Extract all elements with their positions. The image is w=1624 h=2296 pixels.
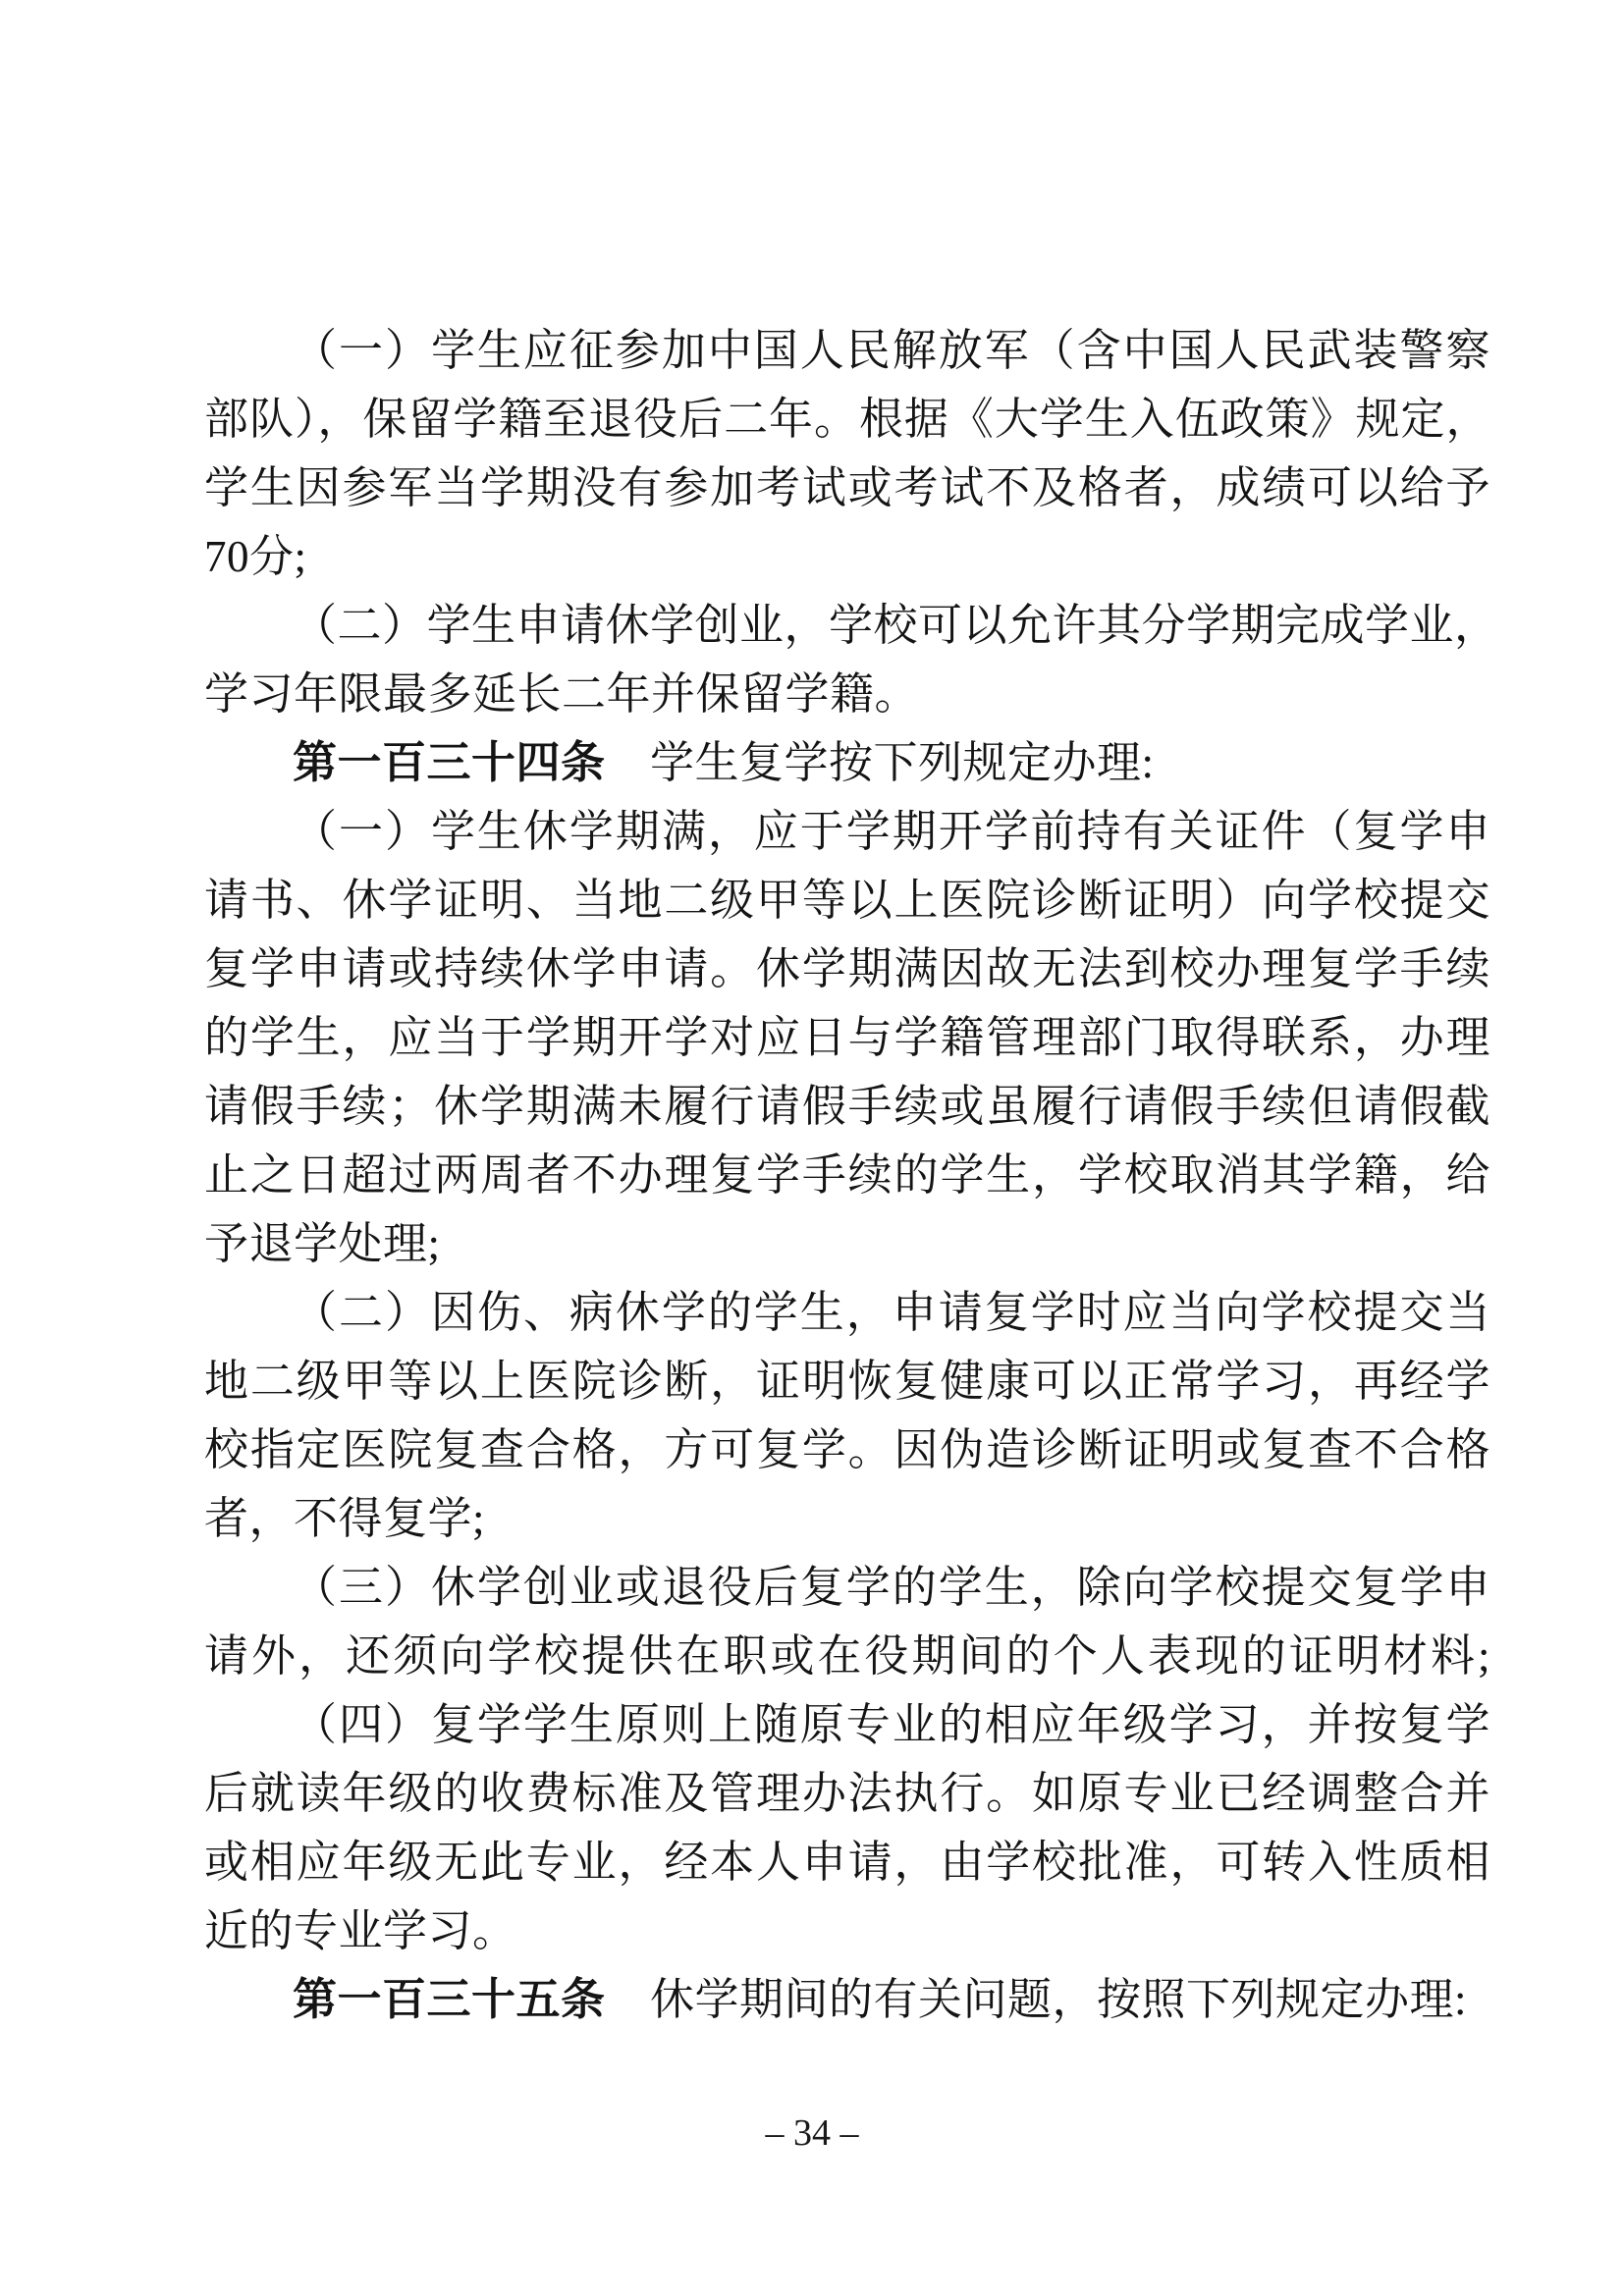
- text-segment: 学习年限最多延长二年并保留学籍。: [204, 669, 919, 719]
- text-segment: 近的专业学习。: [204, 1906, 517, 1955]
- text-segment: 止之日超过两周者不办理复学手续的学生，学校取消其学籍，给: [204, 1150, 1490, 1200]
- text-segment: （四）复学学生原则上随原专业的相应年级学习，并按复学: [293, 1700, 1490, 1749]
- text-segment: 学生复学按下列规定办理:: [606, 738, 1155, 787]
- text-segment: 地二级甲等以上医院诊断，证明恢复健康可以正常学习，再经学: [204, 1357, 1490, 1406]
- page-footer: – 34 –: [0, 2110, 1624, 2156]
- text-line: （一）学生应征参加中国人民解放军（含中国人民武装警察: [204, 316, 1490, 385]
- page-number: – 34 –: [766, 2112, 859, 2154]
- text-segment: 70分;: [204, 532, 307, 581]
- text-line: 近的专业学习。: [204, 1896, 1490, 1965]
- text-line: 的学生，应当于学期开学对应日与学籍管理部门取得联系，办理: [204, 1003, 1490, 1072]
- text-line: 第一百三十五条 休学期间的有关问题，按照下列规定办理:: [204, 1965, 1490, 2034]
- text-segment: （二）学生申请休学创业，学校可以允许其分学期完成学业，: [293, 601, 1499, 650]
- text-segment: 的学生，应当于学期开学对应日与学籍管理部门取得联系，办理: [204, 1013, 1490, 1062]
- text-line: （一）学生休学期满，应于学期开学前持有关证件（复学申: [204, 797, 1490, 866]
- text-line: 第一百三十四条 学生复学按下列规定办理:: [204, 728, 1490, 797]
- text-line: （三）休学创业或退役后复学的学生，除向学校提交复学申: [204, 1553, 1490, 1622]
- text-line: （二）学生申请休学创业，学校可以允许其分学期完成学业，: [204, 591, 1490, 660]
- article-number: 第一百三十五条: [293, 1975, 606, 2024]
- text-segment: 休学期间的有关问题，按照下列规定办理:: [606, 1975, 1468, 2024]
- text-segment: 请书、休学证明、当地二级甲等以上医院诊断证明）向学校提交: [204, 876, 1490, 925]
- text-segment: 请假手续；休学期满未履行请假手续或虽履行请假手续但请假截: [204, 1082, 1490, 1131]
- article-number: 第一百三十四条: [293, 738, 606, 787]
- text-line: 请外，还须向学校提供在职或在役期间的个人表现的证明材料;: [204, 1622, 1490, 1690]
- text-segment: 予退学处理;: [204, 1219, 441, 1268]
- text-line: 止之日超过两周者不办理复学手续的学生，学校取消其学籍，给: [204, 1141, 1490, 1209]
- text-line: （二）因伤、病休学的学生，申请复学时应当向学校提交当: [204, 1278, 1490, 1347]
- text-segment: 复学申请或持续休学申请。休学期满因故无法到校办理复学手续: [204, 944, 1490, 993]
- text-segment: （一）学生应征参加中国人民解放军（含中国人民武装警察: [293, 326, 1490, 375]
- text-line: 70分;: [204, 522, 1490, 591]
- text-segment: 学生因参军当学期没有参加考试或考试不及格者，成绩可以给予: [204, 463, 1490, 512]
- text-line: 学生因参军当学期没有参加考试或考试不及格者，成绩可以给予: [204, 454, 1490, 522]
- text-line: （四）复学学生原则上随原专业的相应年级学习，并按复学: [204, 1690, 1490, 1759]
- text-line: 请书、休学证明、当地二级甲等以上医院诊断证明）向学校提交: [204, 866, 1490, 934]
- text-line: 学习年限最多延长二年并保留学籍。: [204, 660, 1490, 728]
- text-segment: （三）休学创业或退役后复学的学生，除向学校提交复学申: [293, 1563, 1490, 1612]
- text-segment: 后就读年级的收费标准及管理办法执行。如原专业已经调整合并: [204, 1769, 1490, 1818]
- document-body: （一）学生应征参加中国人民解放军（含中国人民武装警察部队），保留学籍至退役后二年…: [204, 316, 1490, 2034]
- text-line: 后就读年级的收费标准及管理办法执行。如原专业已经调整合并: [204, 1759, 1490, 1828]
- text-line: 者，不得复学;: [204, 1484, 1490, 1553]
- text-line: 部队），保留学籍至退役后二年。根据《大学生入伍政策》规定，: [204, 385, 1490, 454]
- text-line: 复学申请或持续休学申请。休学期满因故无法到校办理复学手续: [204, 934, 1490, 1003]
- text-segment: 请外，还须向学校提供在职或在役期间的个人表现的证明材料;: [204, 1631, 1490, 1681]
- text-segment: 或相应年级无此专业，经本人申请，由学校批准，可转入性质相: [204, 1838, 1490, 1887]
- text-line: 地二级甲等以上医院诊断，证明恢复健康可以正常学习，再经学: [204, 1347, 1490, 1415]
- text-line: 请假手续；休学期满未履行请假手续或虽履行请假手续但请假截: [204, 1072, 1490, 1141]
- text-segment: 者，不得复学;: [204, 1494, 485, 1543]
- document-page: （一）学生应征参加中国人民解放军（含中国人民武装警察部队），保留学籍至退役后二年…: [0, 0, 1624, 2296]
- text-line: 予退学处理;: [204, 1209, 1490, 1278]
- text-segment: 部队），保留学籍至退役后二年。根据《大学生入伍政策》规定，: [204, 395, 1490, 444]
- text-line: 校指定医院复查合格，方可复学。因伪造诊断证明或复查不合格: [204, 1415, 1490, 1484]
- text-segment: 校指定医院复查合格，方可复学。因伪造诊断证明或复查不合格: [204, 1425, 1490, 1474]
- text-line: 或相应年级无此专业，经本人申请，由学校批准，可转入性质相: [204, 1828, 1490, 1896]
- text-segment: （一）学生休学期满，应于学期开学前持有关证件（复学申: [293, 807, 1490, 856]
- text-segment: （二）因伤、病休学的学生，申请复学时应当向学校提交当: [293, 1288, 1490, 1337]
